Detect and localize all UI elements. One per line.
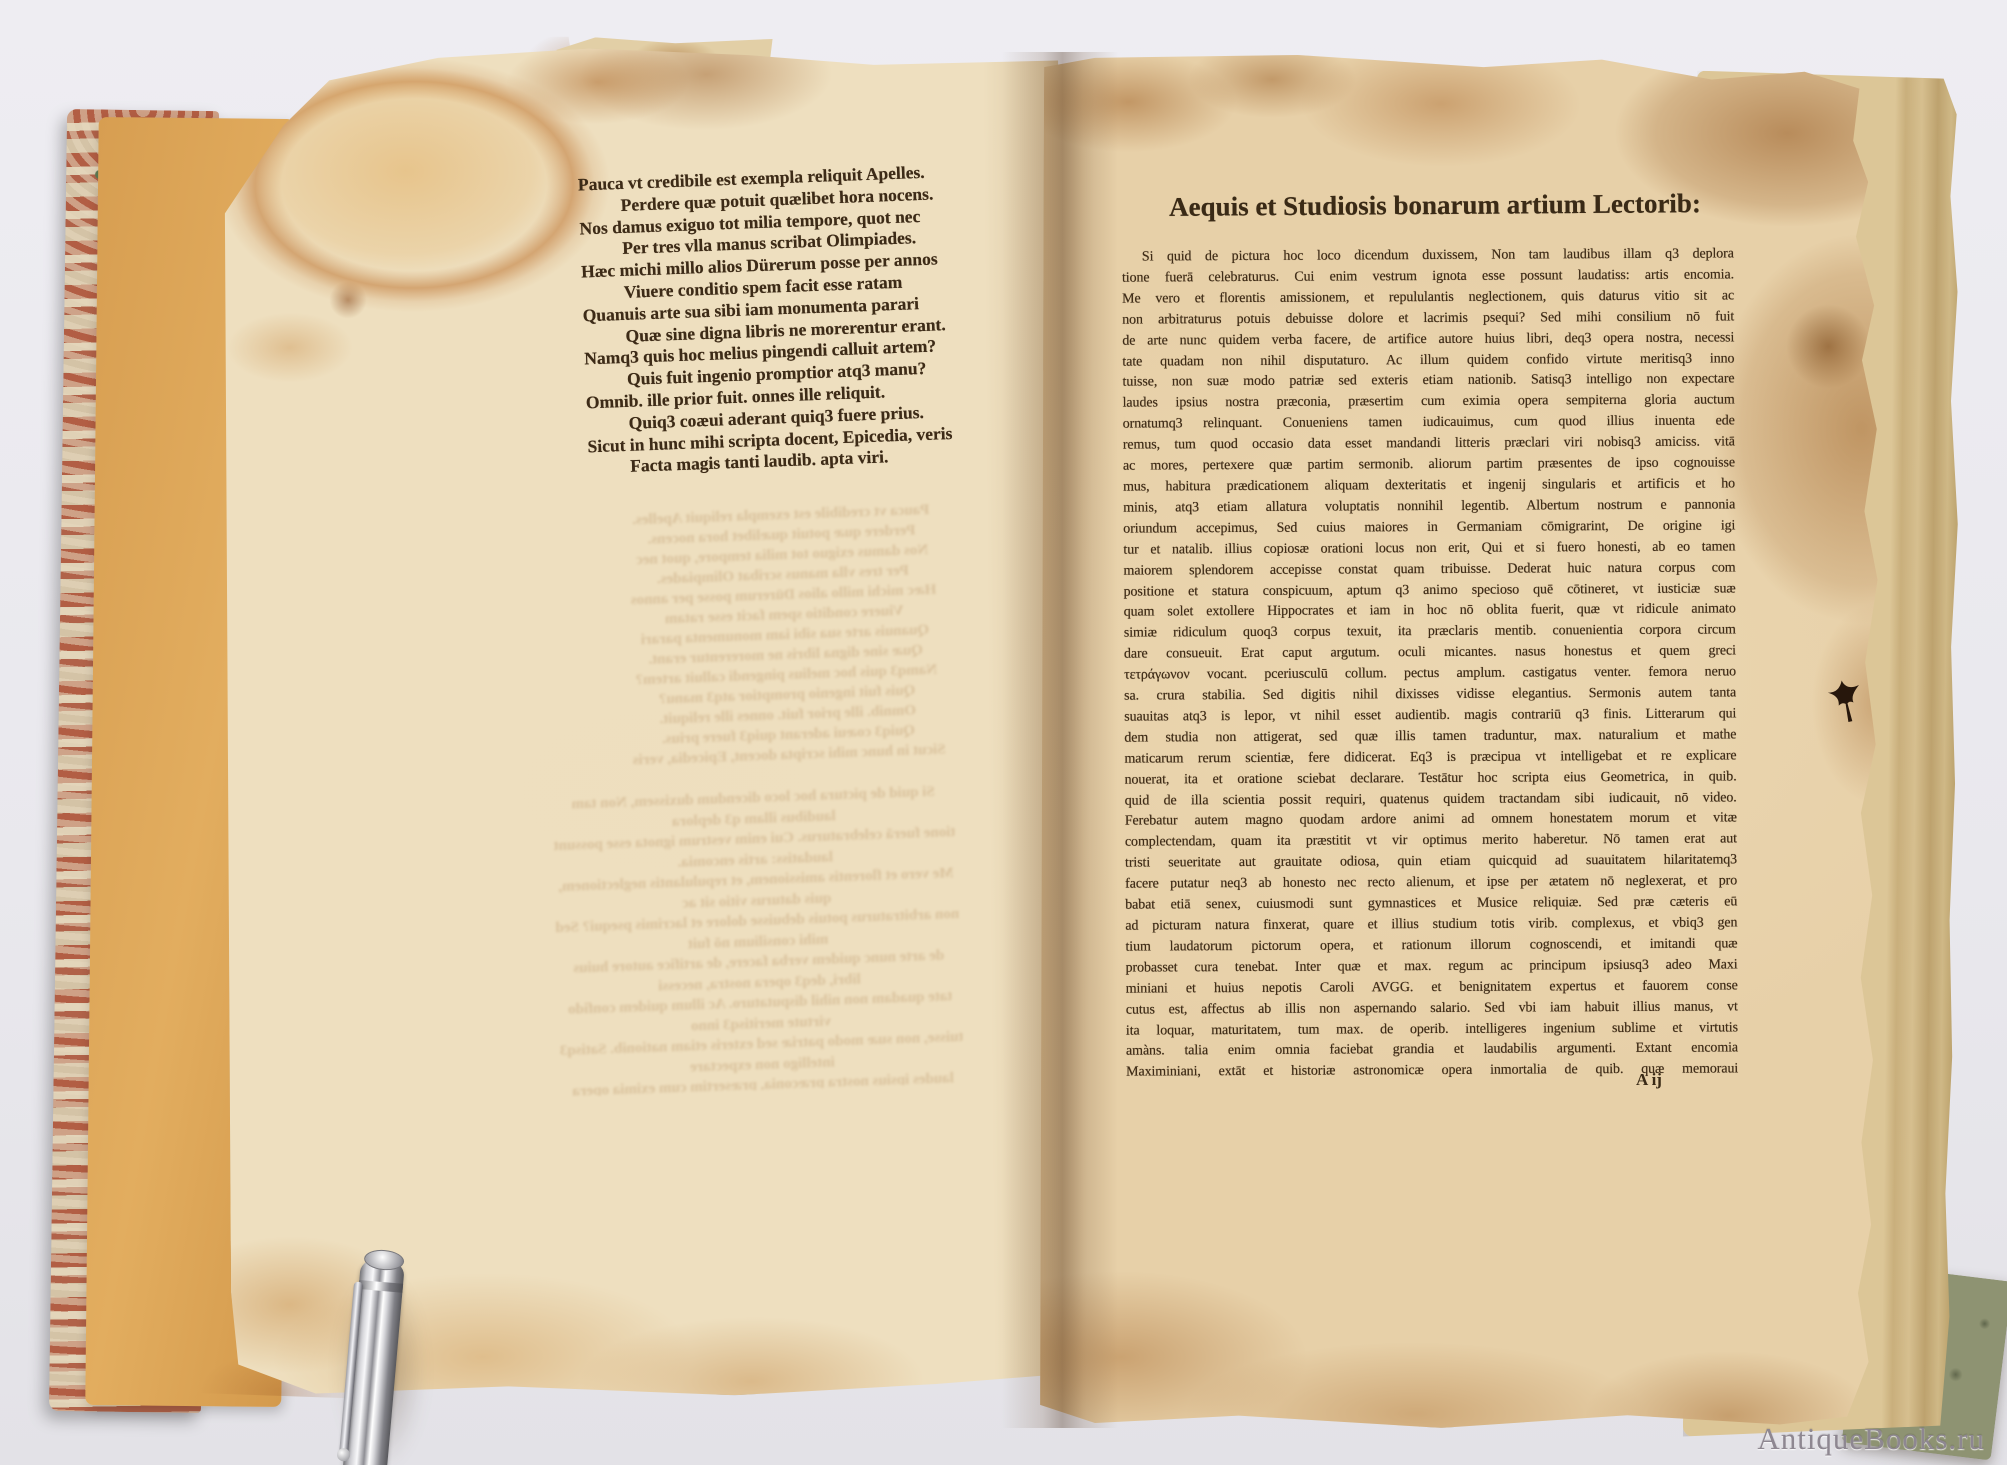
watermark: AntiqueBooks.ru — [1757, 1421, 1985, 1457]
poem-block: Pauca vt credibile est exempla reliquit … — [578, 158, 1049, 480]
photo-background: Pauca vt credibile est exempla reliquit … — [0, 0, 2007, 1465]
showthrough-text-lower: Si quid de pictura hoc loco dicendum dux… — [551, 781, 965, 1097]
page-heading: Aequis et Studiosis bonarum artium Lecto… — [1133, 188, 1737, 223]
showthrough-text-upper: Pauca vt credibile est exempla reliquit … — [614, 499, 957, 772]
body-text: Si quid de pictura hoc loco dicendum dux… — [1122, 244, 1738, 1083]
signature-mark: A ij — [1636, 1070, 1662, 1090]
